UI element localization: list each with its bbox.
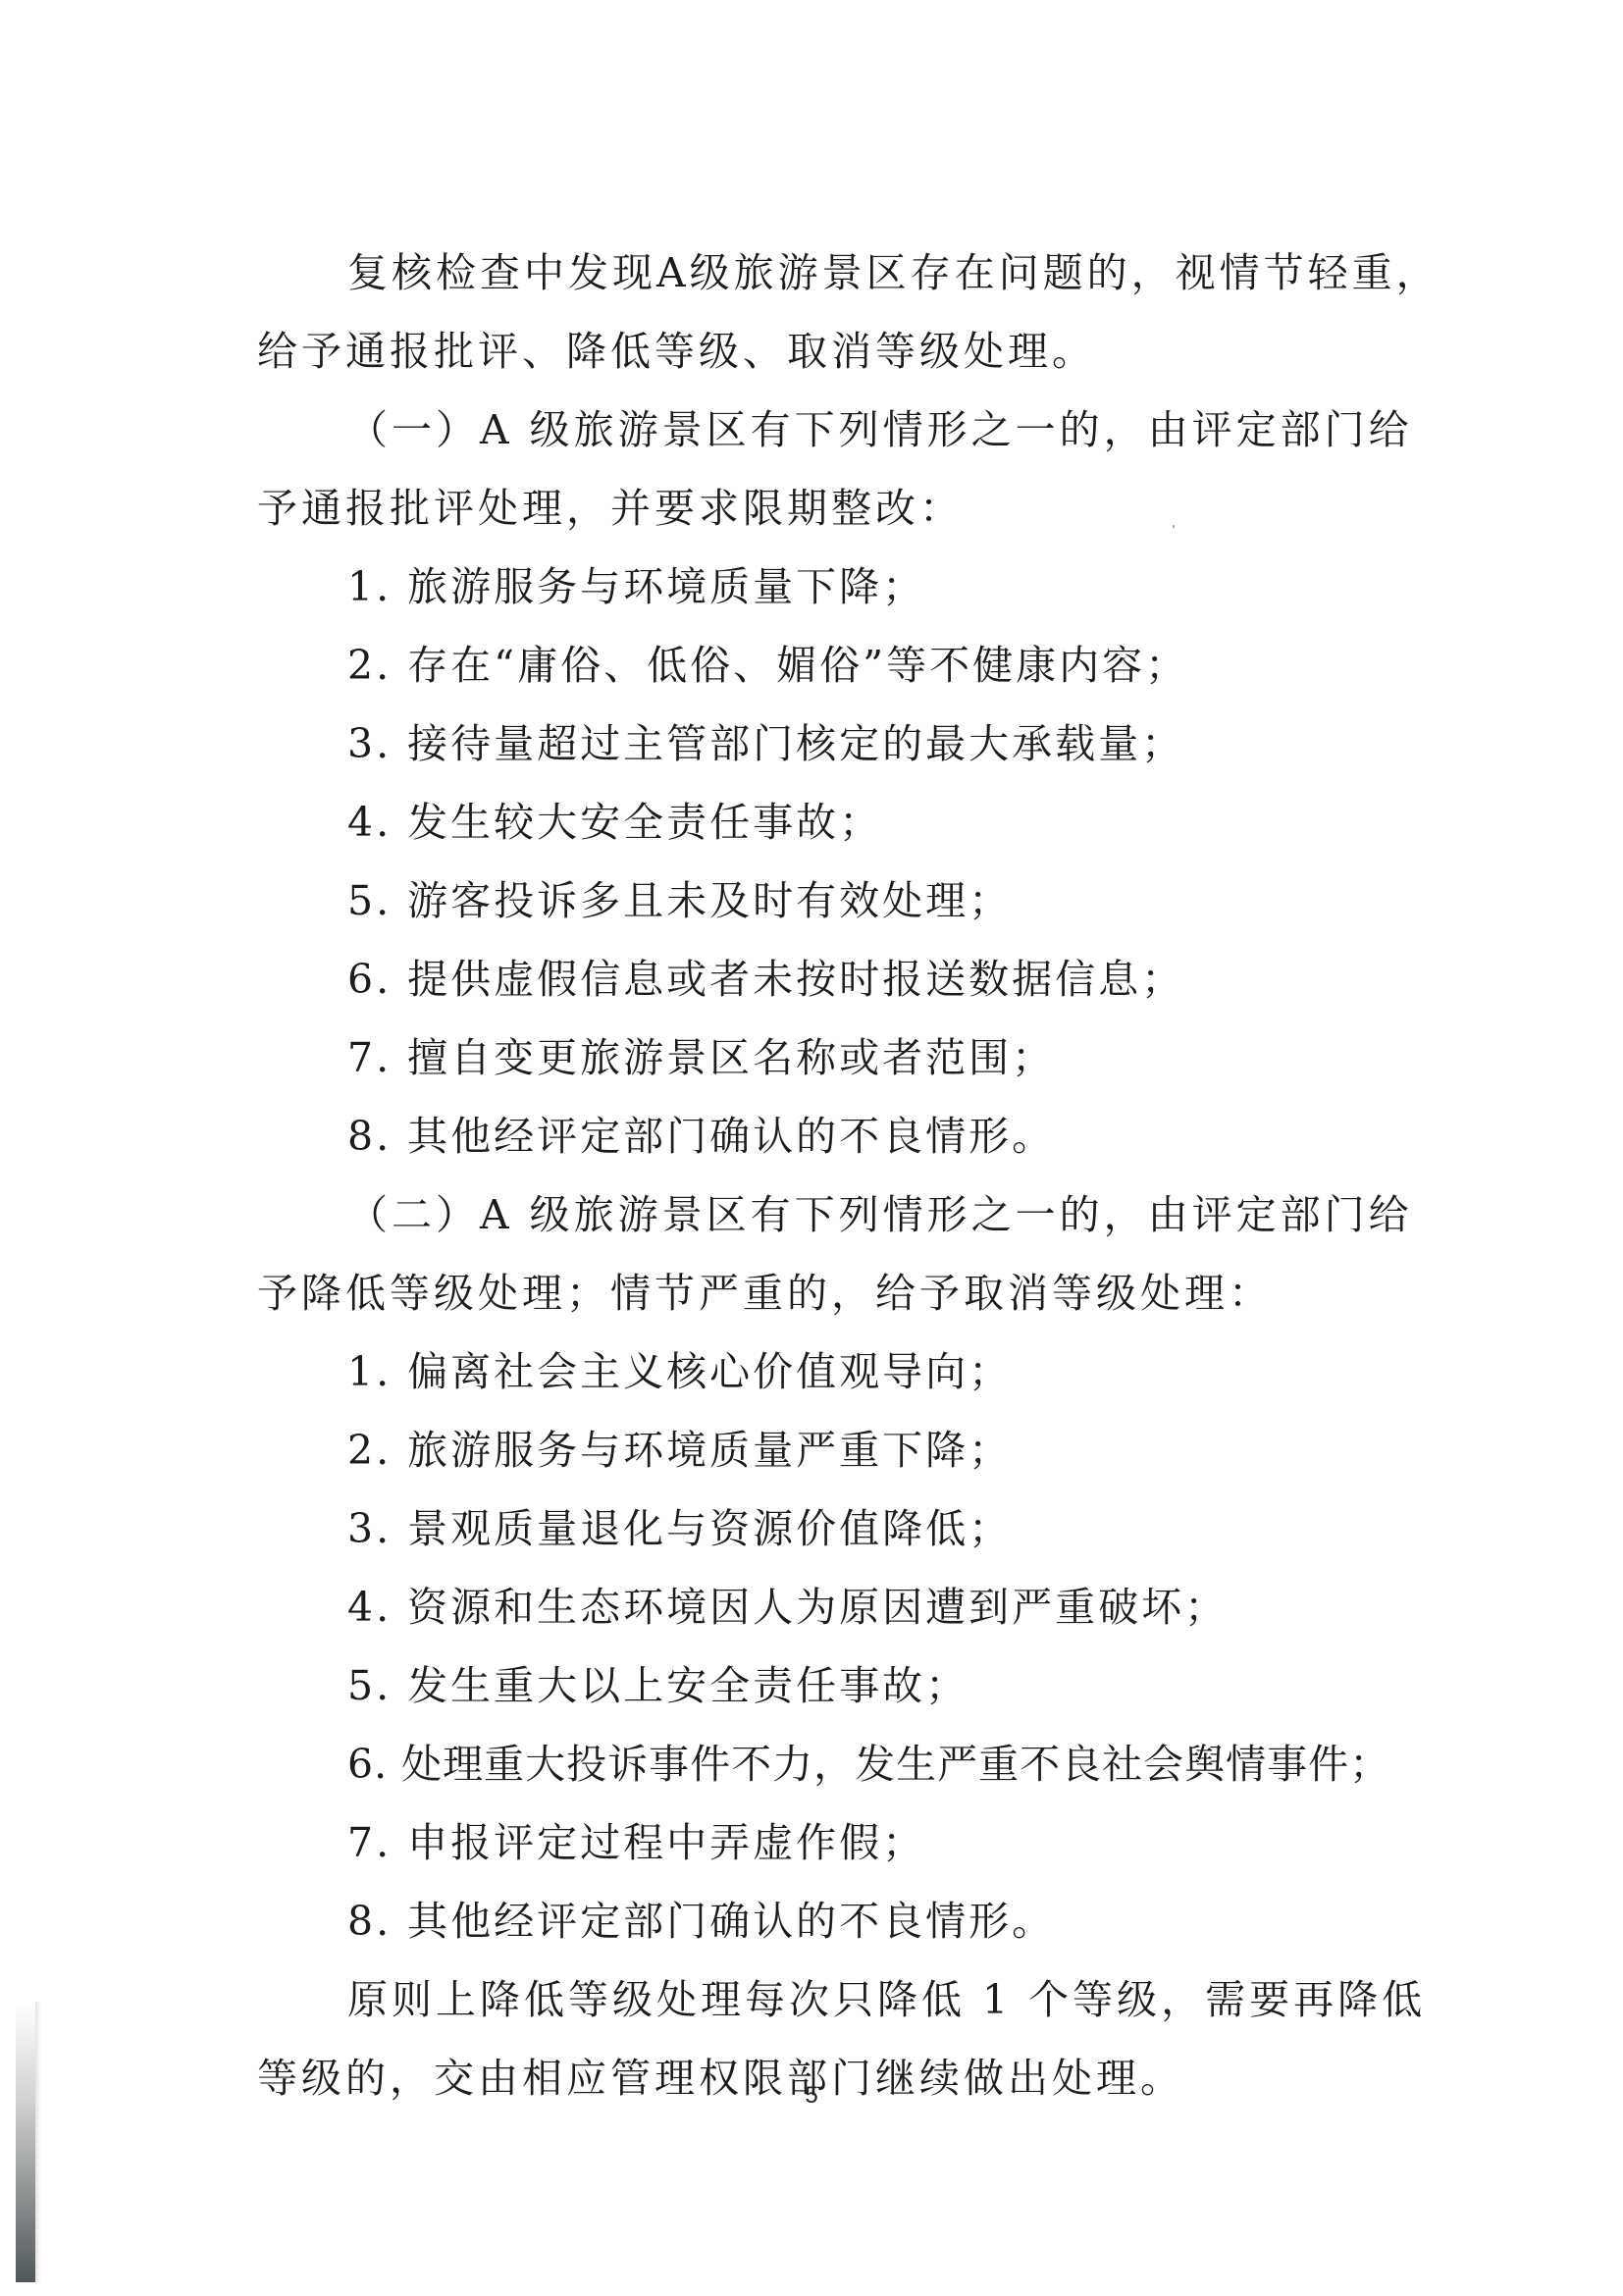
list-item: 2. 旅游服务与环境质量严重下降； [257, 1411, 1371, 1489]
section-two-heading-line-1: （二）A 级旅游景区有下列情形之一的，由评定部门给 [257, 1175, 1371, 1254]
section-two: （二）A 级旅游景区有下列情形之一的，由评定部门给 予降低等级处理；情节严重的，… [257, 1175, 1371, 1960]
list-item: 7. 擅自变更旅游景区名称或者范围； [257, 1018, 1371, 1097]
intro-line-2: 给予通报批评、降低等级、取消等级处理。 [257, 312, 1371, 391]
list-item: 3. 接待量超过主管部门核定的最大承载量； [257, 704, 1371, 783]
list-item: 6. 提供虚假信息或者未按时报送数据信息； [257, 940, 1371, 1018]
list-item: 5. 发生重大以上安全责任事故； [257, 1646, 1371, 1725]
section-one-heading-line-1: （一）A 级旅游景区有下列情形之一的，由评定部门给 [257, 391, 1371, 469]
list-item: 6. 处理重大投诉事件不力，发生严重不良社会舆情事件； [257, 1725, 1371, 1803]
list-item: 2. 存在“庸俗、低俗、媚俗”等不健康内容； [257, 626, 1371, 704]
document-page: 复核检查中发现A级旅游景区存在问题的，视情节轻重， 给予通报批评、降低等级、取消… [0, 0, 1623, 2296]
section-one-heading-line-2: 予通报批评处理，并要求限期整改： [257, 469, 1371, 548]
list-item: 1. 旅游服务与环境质量下降； [257, 548, 1371, 626]
list-item: 3. 景观质量退化与资源价值降低； [257, 1489, 1371, 1568]
section-two-list: 1. 偏离社会主义核心价值观导向； 2. 旅游服务与环境质量严重下降； 3. 景… [257, 1332, 1371, 1960]
list-item: 8. 其他经评定部门确认的不良情形。 [257, 1097, 1371, 1175]
page-number: 5 [0, 2082, 1623, 2110]
closing-line-1: 原则上降低等级处理每次只降低 1 个等级，需要再降低 [257, 1960, 1371, 2039]
list-item: 8. 其他经评定部门确认的不良情形。 [257, 1882, 1371, 1960]
list-item: 7. 申报评定过程中弄虚作假； [257, 1803, 1371, 1882]
section-one: （一）A 级旅游景区有下列情形之一的，由评定部门给 予通报批评处理，并要求限期整… [257, 391, 1371, 1175]
document-body: 复核检查中发现A级旅游景区存在问题的，视情节轻重， 给予通报批评、降低等级、取消… [257, 234, 1371, 2117]
intro-paragraph: 复核检查中发现A级旅游景区存在问题的，视情节轻重， 给予通报批评、降低等级、取消… [257, 234, 1371, 391]
list-item: 4. 资源和生态环境因人为原因遭到严重破坏； [257, 1568, 1371, 1646]
list-item: 4. 发生较大安全责任事故； [257, 783, 1371, 861]
list-item: 1. 偏离社会主义核心价值观导向； [257, 1332, 1371, 1411]
list-item: 5. 游客投诉多且未及时有效处理； [257, 861, 1371, 940]
scanner-edge-shadow [16, 2002, 35, 2282]
section-two-heading-line-2: 予降低等级处理；情节严重的，给予取消等级处理： [257, 1254, 1371, 1332]
section-one-list: 1. 旅游服务与环境质量下降； 2. 存在“庸俗、低俗、媚俗”等不健康内容； 3… [257, 548, 1371, 1175]
intro-line-1: 复核检查中发现A级旅游景区存在问题的，视情节轻重， [257, 234, 1371, 312]
